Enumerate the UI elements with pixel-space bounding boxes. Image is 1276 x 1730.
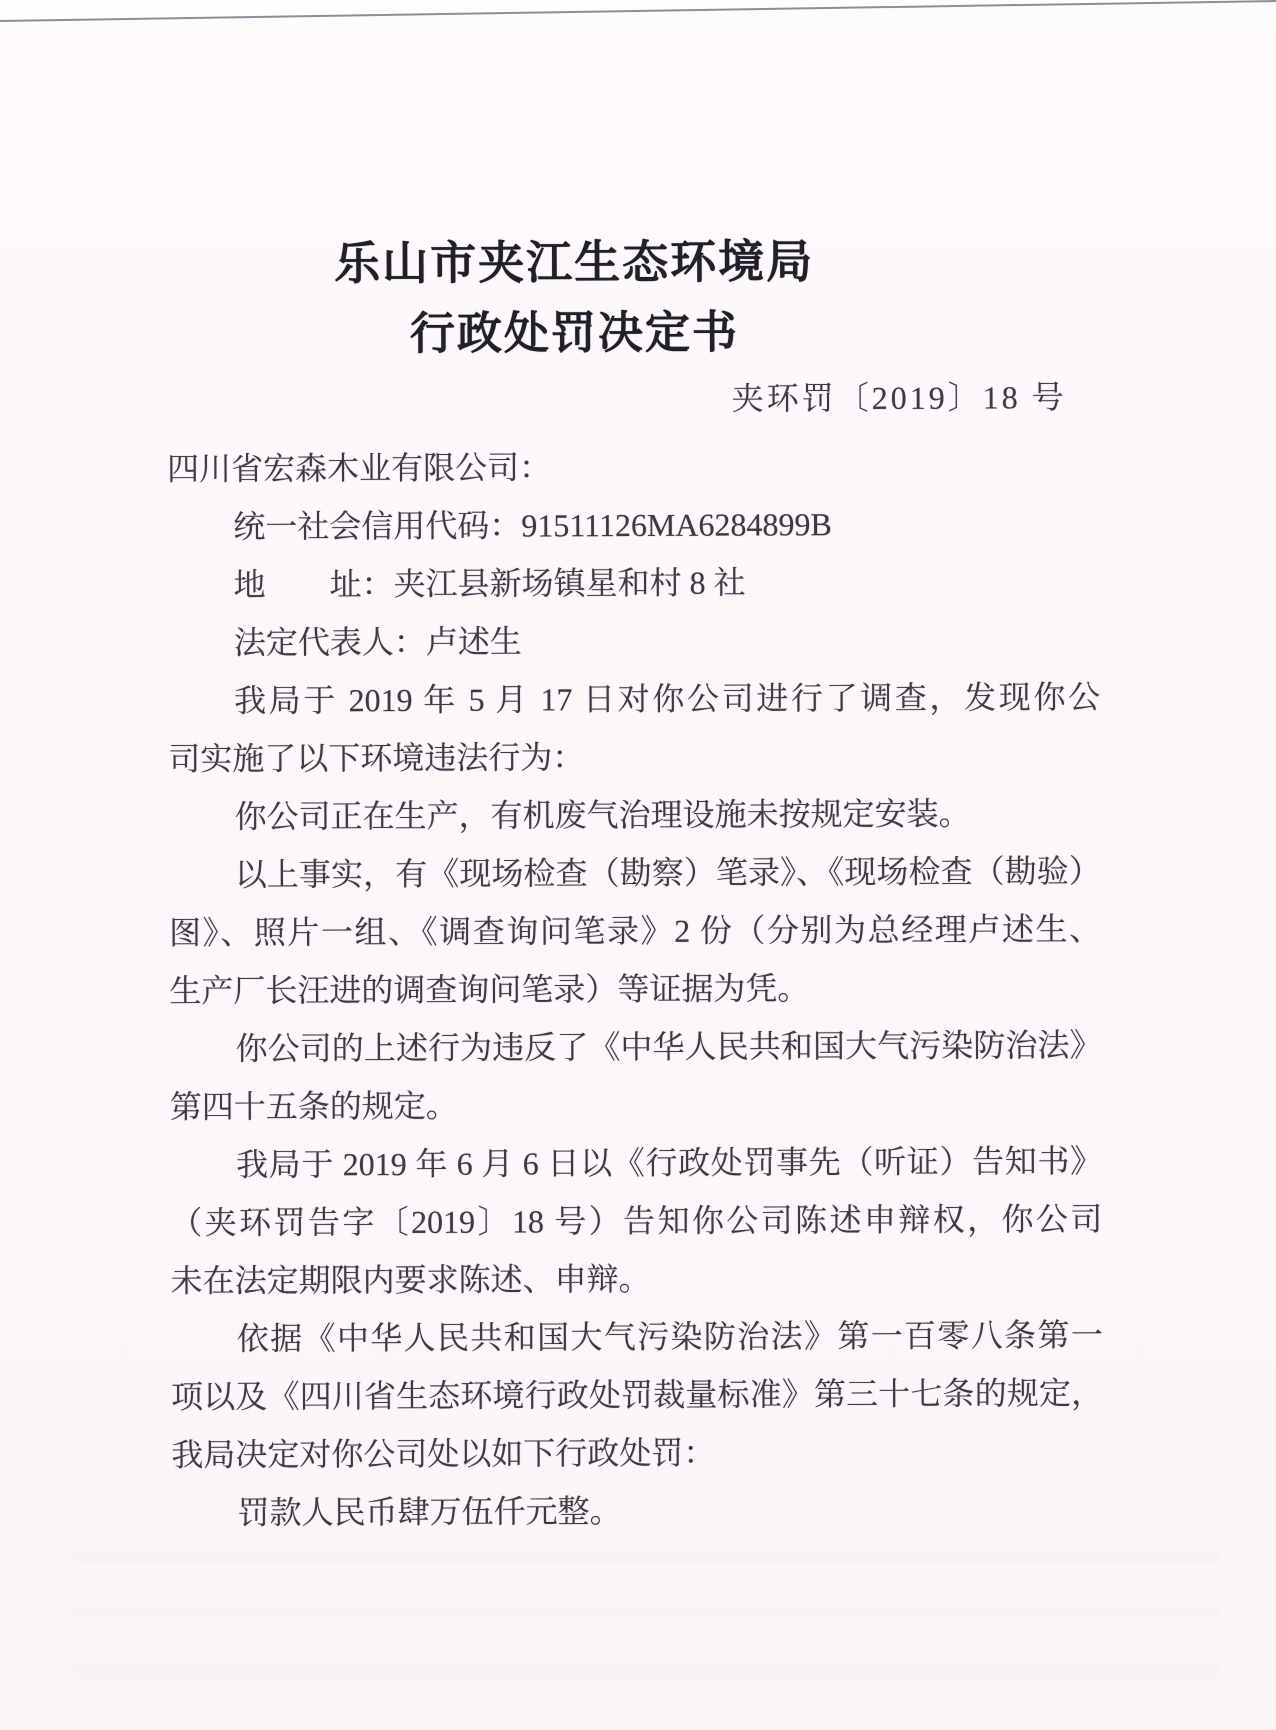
body-line-credit-code: 统一社会信用代码：91511126MA6284899B	[167, 494, 1099, 556]
body-line-recipient: 四川省宏森木业有限公司：	[167, 436, 1099, 498]
body-line-evidence: 图》、照片一组、《调查询问笔录》2 份（分别为总经理卢述生、	[169, 900, 1101, 962]
body-line-penalty-amount: 罚款人民币肆万伍仟元整。	[171, 1480, 1103, 1542]
body-line-violation: 你公司正在生产，有机废气治理设施未按规定安装。	[168, 784, 1100, 846]
body-line: 司实施了以下环境违法行为：	[168, 726, 1100, 788]
body-line-law-violated: 你公司的上述行为违反了《中华人民共和国大气污染防治法》	[169, 1016, 1101, 1078]
body-line-evidence: 以上事实，有《现场检查（勘察）笔录》、《现场检查（勘验）	[169, 842, 1101, 904]
document-title-agency: 乐山市夹江生态环境局	[159, 224, 989, 294]
body-line-legal-basis: 依据《中华人民共和国大气污染防治法》第一百零八条第一	[171, 1306, 1103, 1368]
body-line-notification: （夹环罚告字〔2019〕18 号）告知你公司陈述申辩权，你公司	[170, 1190, 1102, 1252]
body-line-legal-rep: 法定代表人：卢述生	[168, 610, 1100, 672]
document-body: 四川省宏森木业有限公司： 统一社会信用代码：91511126MA6284899B…	[167, 436, 1104, 1542]
body-line-legal-basis: 项以及《四川省生态环境行政处罚裁量标准》第三十七条的规定，	[171, 1364, 1103, 1426]
body-line-notification: 我局于 2019 年 6 月 6 日以《行政处罚事先（听证）告知书》	[170, 1132, 1102, 1194]
document-content: 乐山市夹江生态环境局 行政处罚决定书 夹环罚〔2019〕18 号 四川省宏森木业…	[0, 0, 1276, 1730]
body-line: 我局于 2019 年 5 月 17 日对你公司进行了调查，发现你公	[168, 668, 1100, 730]
body-line-evidence: 生产厂长汪进的调查询问笔录）等证据为凭。	[169, 958, 1101, 1020]
body-line-address: 地 址：夹江县新场镇星和村 8 社	[167, 552, 1099, 614]
scanned-document: { "page": { "paper_color": "#fcf7fa", "i…	[0, 0, 1276, 1730]
body-line-decision: 我局决定对你公司处以如下行政处罚：	[171, 1422, 1103, 1484]
document-number: 夹环罚〔2019〕18 号	[167, 372, 1067, 422]
document-title-type: 行政处罚决定书	[159, 294, 989, 363]
body-line-notification: 未在法定期限内要求陈述、申辩。	[170, 1248, 1102, 1310]
body-line-law-violated: 第四十五条的规定。	[170, 1074, 1102, 1136]
